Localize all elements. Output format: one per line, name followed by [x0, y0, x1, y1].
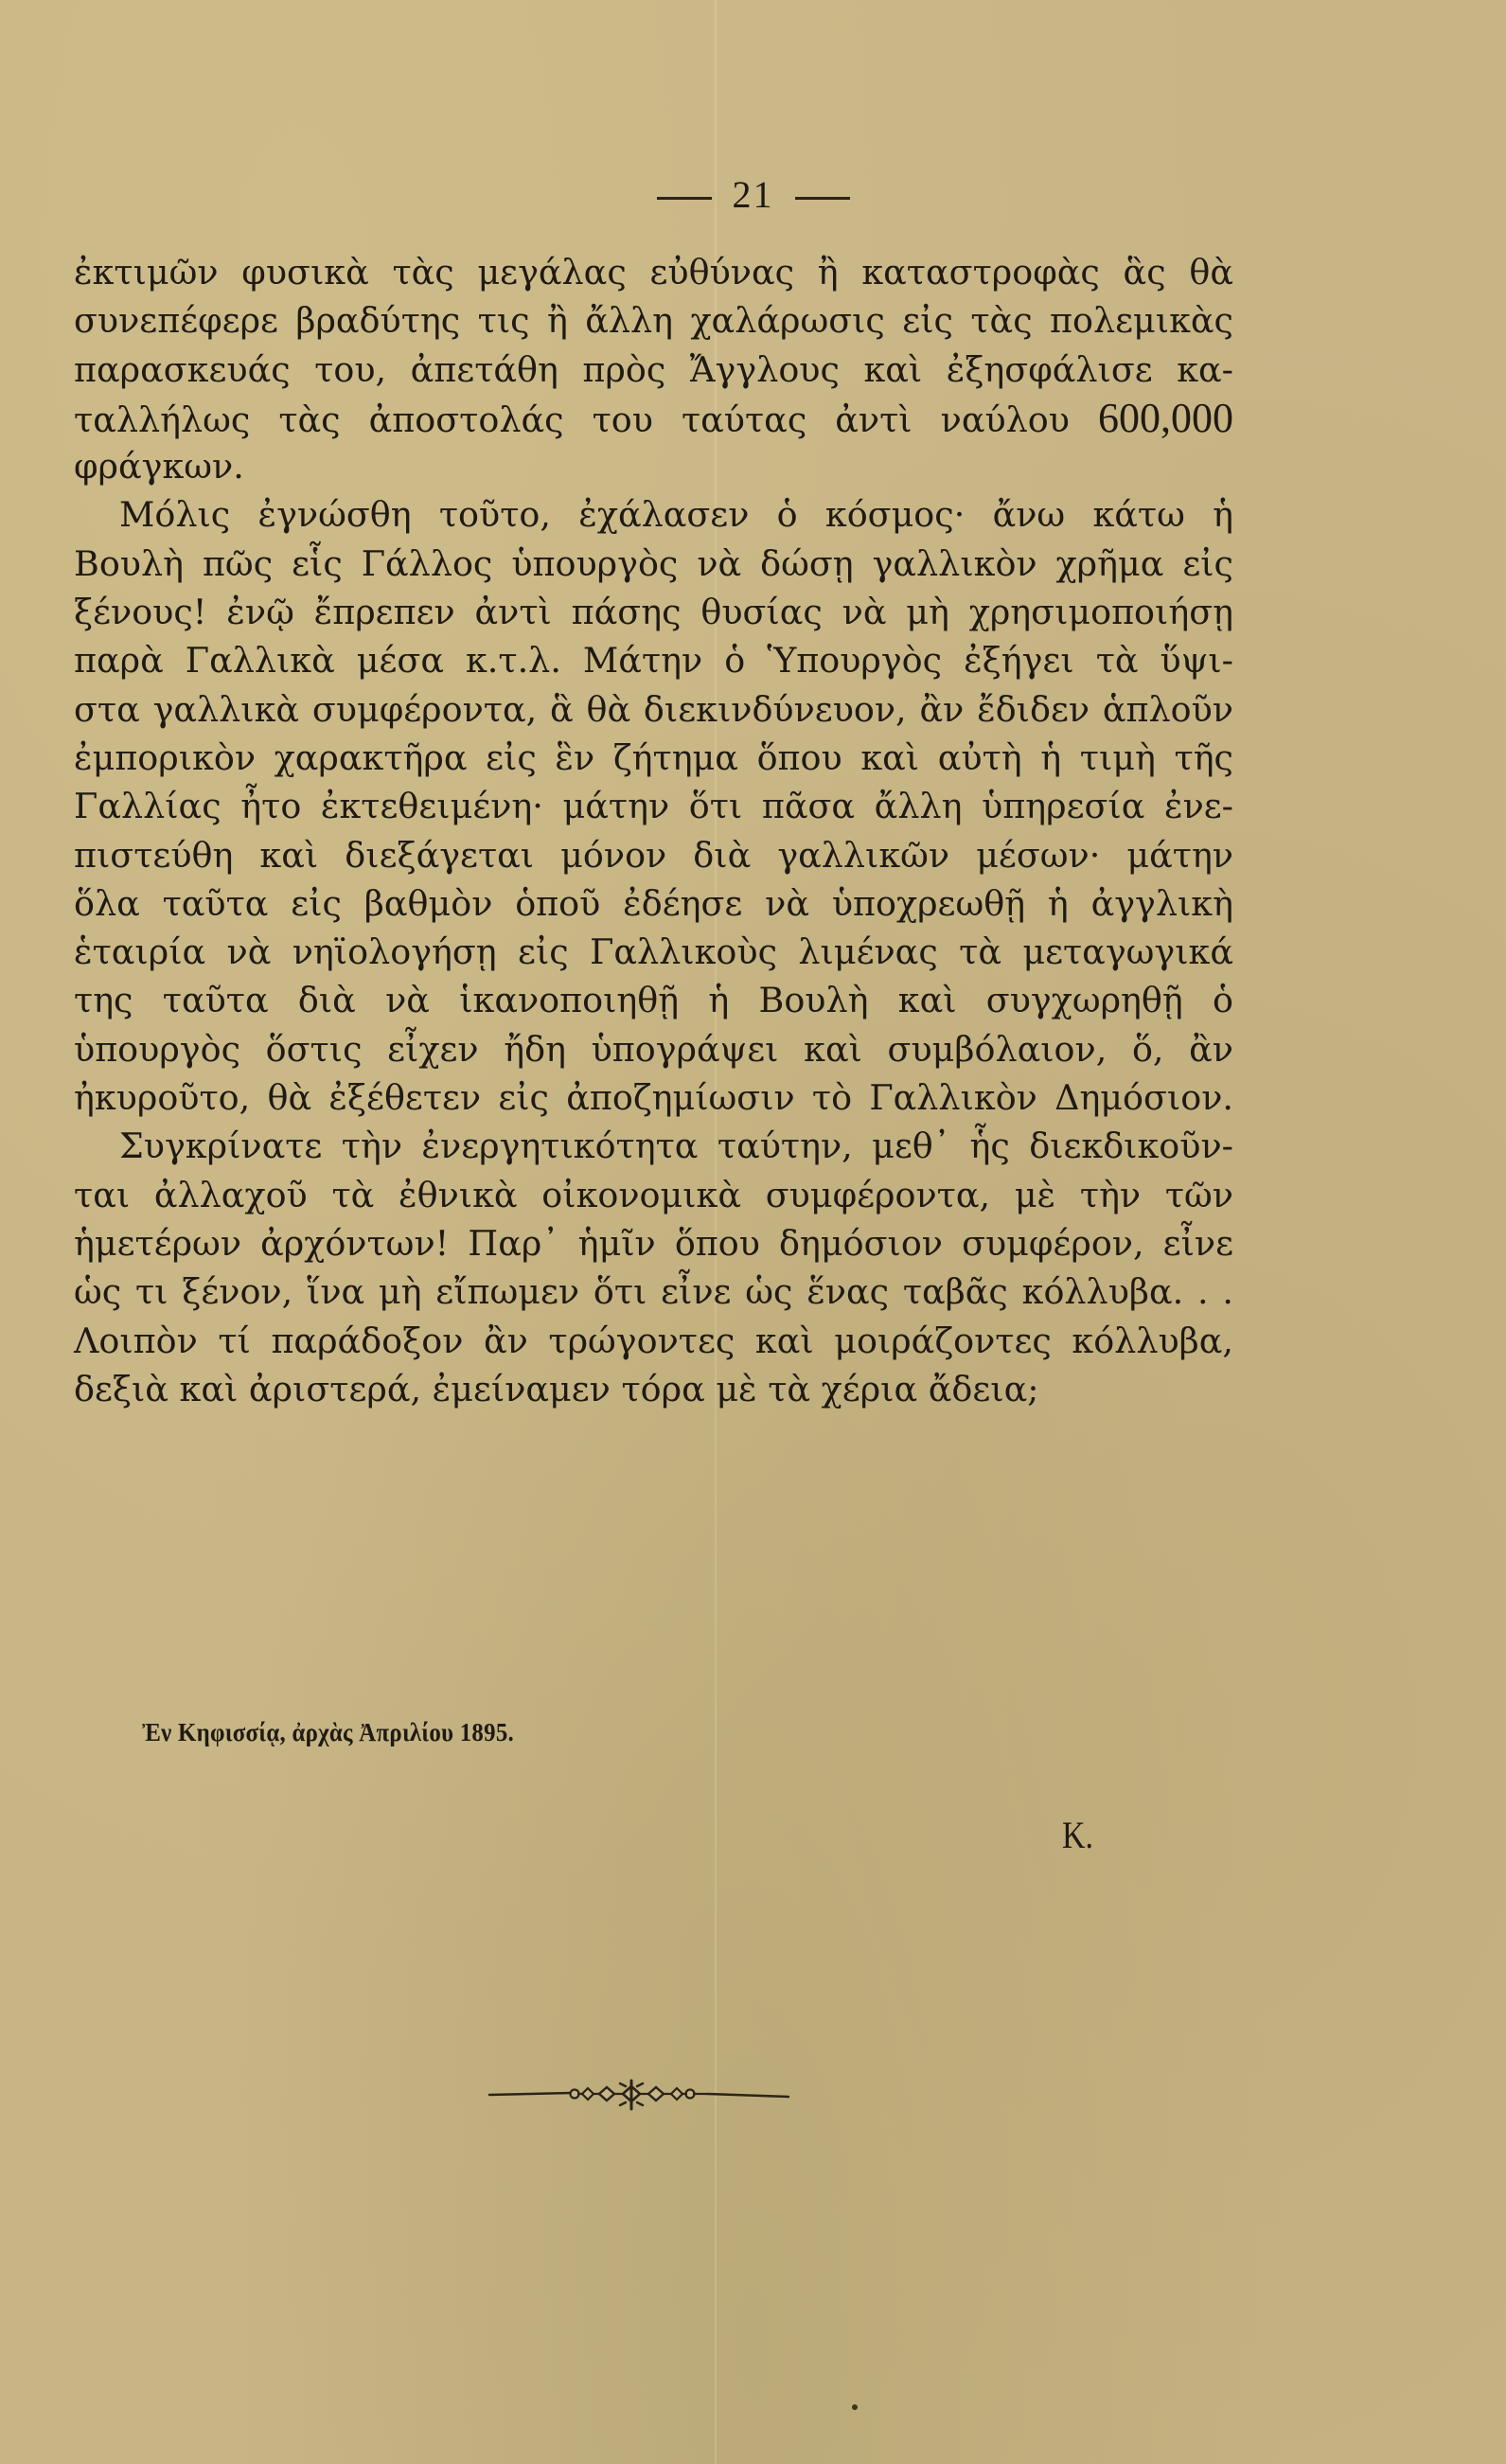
book-page: 21 ἐκτιμῶν φυσικὰ τὰς μεγάλας εὐθύνας ἢ … — [0, 0, 1506, 2464]
text-line: ται ἀλλαχοῦ τὰ ἐθνικὰ οἰκονομικὰ συμφέρο… — [74, 1171, 1233, 1219]
text-line: ξένους! ἐνῷ ἔπρεπεν ἀντὶ πάσης θυσίας νὰ… — [74, 588, 1233, 636]
text-line: Γαλλίας ἦτο ἐκτεθειμένη· μάτην ὅτι πᾶσα … — [74, 782, 1233, 830]
text-line: ἠκυροῦτο, θὰ ἐξέθετεν εἰς ἀποζημίωσιν τὸ… — [74, 1073, 1233, 1122]
text-line: της ταῦτα διὰ νὰ ἱκανοποιηθῇ ἡ Βουλὴ καὶ… — [74, 976, 1233, 1024]
text-line: δεξιὰ καὶ ἀριστερά, ἐμείναμεν τόρα μὲ τὰ… — [74, 1365, 1233, 1413]
text-line: Συγκρίνατε τὴν ἐνεργητικότητα ταύτην, με… — [74, 1122, 1233, 1170]
text-line: φράγκων. — [74, 442, 1233, 490]
body-text: ἐκτιμῶν φυσικὰ τὰς μεγάλας εὐθύνας ἢ κατ… — [74, 248, 1233, 1413]
text-line: ἐκτιμῶν φυσικὰ τὰς μεγάλας εὐθύνας ἢ κατ… — [74, 248, 1233, 296]
text-line: συνεπέφερε βραδύτης τις ἢ ἄλλη χαλάρωσις… — [74, 296, 1233, 345]
text-line: ὅλα ταῦτα εἰς βαθμὸν ὁποῦ ἐδέησε νὰ ὑποχ… — [74, 879, 1233, 928]
text-line: πιστεύθη καὶ διεξάγεται μόνον διὰ γαλλικ… — [74, 831, 1233, 879]
text-line: ἐμπορικὸν χαρακτῆρα εἰς ἓν ζήτημα ὅπου κ… — [74, 734, 1233, 782]
author-signature: Κ. — [1062, 1813, 1093, 1857]
page-number: 21 — [0, 172, 1506, 217]
text-line: ὑπουργὸς ὅστις εἶχεν ἤδη ὑπογράψει καὶ σ… — [74, 1025, 1233, 1073]
text-line: Βουλὴ πῶς εἷς Γάλλος ὑπουργὸς νὰ δώσῃ γα… — [74, 540, 1233, 588]
text-line: παρὰ Γαλλικὰ μέσα κ.τ.λ. Μάτην ὁ Ὑπουργὸ… — [74, 636, 1233, 684]
dash-right — [795, 197, 850, 200]
text-line: ὡς τι ξένον, ἵνα μὴ εἴπωμεν ὅτι εἶνε ὡς … — [74, 1267, 1233, 1316]
text-line: ἑταιρία νὰ νηϊολογήσῃ εἰς Γαλλικοὺς λιμέ… — [74, 928, 1233, 976]
fleuron-divider-icon — [487, 2076, 790, 2114]
text-line: ἡμετέρων ἀρχόντων! Παρ᾽ ἡμῖν ὅπου δημόσι… — [74, 1219, 1233, 1267]
dash-left — [657, 197, 712, 200]
text-line-part: ταλλήλως τὰς ἀποστολάς του ταύτας ἀντὶ ν… — [74, 399, 1070, 440]
freight-amount: 600,000 — [1098, 395, 1233, 441]
dateline: Ἐν Κηφισσίᾳ, ἀρχὰς Ἀπριλίου 1895. — [142, 1718, 514, 1747]
text-line: Μόλις ἐγνώσθη τοῦτο, ἐχάλασεν ὁ κόσμος· … — [74, 490, 1233, 539]
text-line: ταλλήλως τὰς ἀποστολάς του ταύτας ἀντὶ ν… — [74, 394, 1233, 442]
text-line: στα γαλλικὰ συμφέροντα, ἃ θὰ διεκινδύνευ… — [74, 685, 1233, 734]
text-line: παρασκευάς του, ἀπετάθη πρὸς Ἄγγλους καὶ… — [74, 346, 1233, 394]
text-line: Λοιπὸν τί παράδοξον ἂν τρώγοντες καὶ μοι… — [74, 1317, 1233, 1365]
print-speck — [852, 2404, 858, 2410]
page-number-value: 21 — [733, 173, 774, 216]
